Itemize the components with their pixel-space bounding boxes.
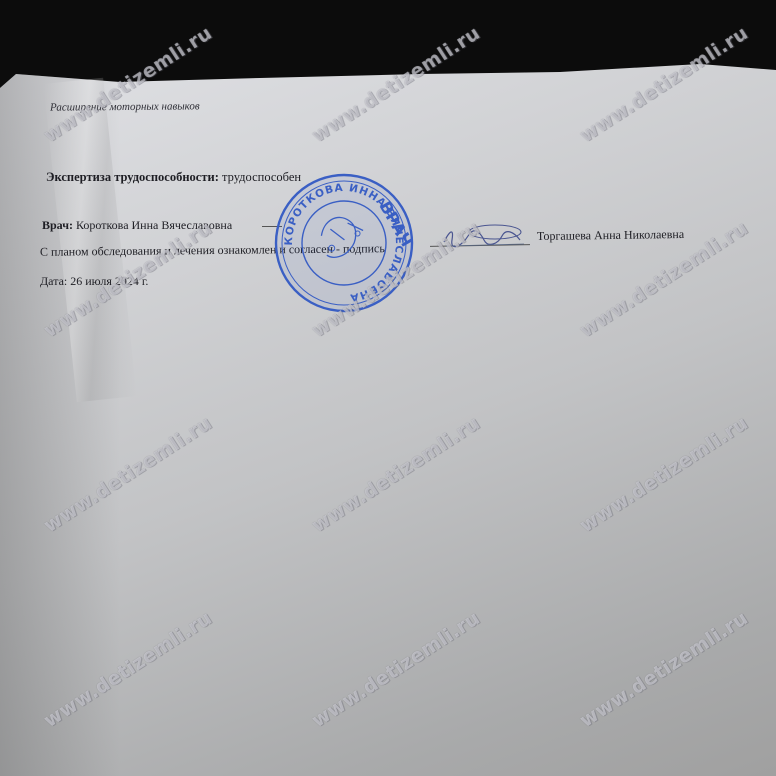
work-capacity-line: Экспертиза трудоспособности: трудоспособ…: [46, 170, 301, 185]
patient-name: Торгашева Анна Николаевна: [537, 227, 684, 244]
work-capacity-label: Экспертиза трудоспособности:: [46, 170, 219, 184]
doctor-label: Врач:: [42, 218, 73, 232]
